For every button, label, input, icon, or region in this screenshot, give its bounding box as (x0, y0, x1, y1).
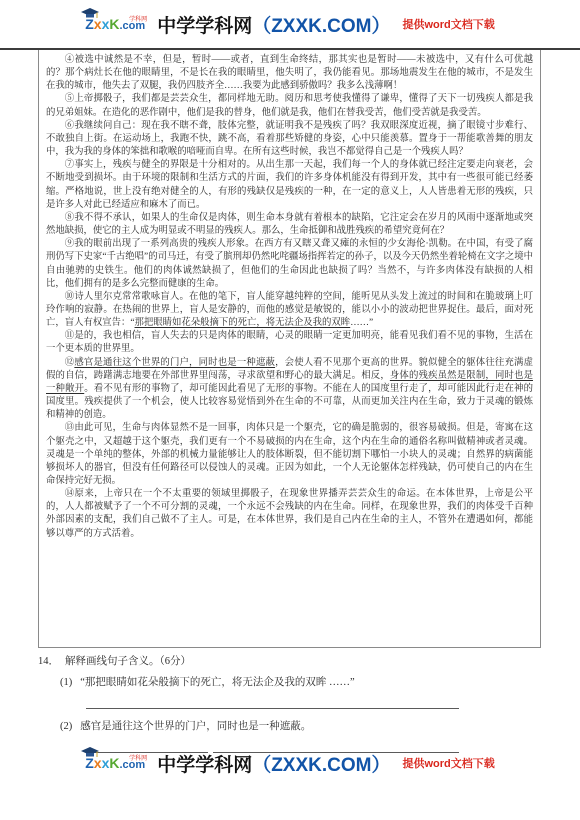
passage-text: ……” (350, 318, 373, 328)
site-name: 中学学科网 (157, 16, 252, 37)
passage-paragraph: ⑨我的眼前出现了一系列高贵的残疾人形象。在西方有又瞎又聋又瘫的永恒的少女海伦·凯… (46, 238, 533, 291)
site-title: 中学学科网（ZXXK.COM） (157, 11, 390, 38)
logo-badge: 学科网 (129, 14, 147, 23)
passage-text: ⑬由此可见，生命与肉体显然不是一回事，肉体只是一个躯壳，它的确是脆弱的，很容易破… (46, 423, 533, 486)
site-name: 中学学科网 (157, 755, 252, 776)
footer: ZxxK.com 学科网 中学学科网（ZXXK.COM） 提供word文档下载 (0, 738, 580, 788)
answer-line-1 (86, 708, 459, 709)
sub-question-label: (2) (60, 719, 72, 734)
passage-paragraph: ④被选中诚然是不幸，但是，暂时——或者，直到生命终结，那其实也是暂时——未被选中… (46, 54, 533, 93)
sub-question-text: “那把眼睛如花朵般摘下的死亡，将无法企及我的双眸 ……” (80, 675, 354, 690)
graduation-cap-icon (81, 746, 99, 764)
footer-slogan: 提供word文档下载 (402, 755, 494, 771)
question-sub-2: (2) 感官是通往这个世界的门户，同时也是一种遮蔽。 (60, 719, 541, 734)
passage-paragraph: ⑬由此可见，生命与肉体显然不是一回事，肉体只是一个躯壳，它的确是脆弱的，很容易破… (46, 422, 533, 488)
underlined-sentence: 那把眼睛如花朵般摘下的死亡，将无法企及我的双眸 (135, 318, 351, 328)
passage-paragraph: ⑫感官是通往这个世界的门户，同时也是一种遮蔽，会使人看不见那个更高的世界。貌似健… (46, 357, 533, 423)
site-title: 中学学科网（ZXXK.COM） (157, 750, 390, 777)
passage-paragraph: ⑭原来，上帝只在一个不太重要的领域里掷骰子，在现象世界播弄芸芸众生的命运。在本体… (46, 488, 533, 541)
header-slogan: 提供word文档下载 (402, 16, 494, 32)
passage-paragraph: ⑧我不得不承认，如果人的生命仅是肉体，则生命本身就有着根本的缺陷，它注定会在岁月… (46, 212, 533, 238)
site-domain: （ZXXK.COM） (252, 16, 390, 37)
passage-text: ⑤上帝掷骰子，我们都是芸芸众生，都同样地无助。阅历和思考使我懂得了谦卑，懂得了天… (46, 94, 533, 117)
passage-paragraph: ⑩诗人里尔克常常歌咏盲人。在他的笔下，盲人能穿越纯粹的空间，能听见从头发上流过的… (46, 291, 533, 330)
question-stem-text: 解释画线句子含义。（6分） (65, 654, 191, 669)
passage-text: ⑫ (65, 358, 75, 368)
passage-text: ⑦事实上，残疾与健全的界限是十分相对的。从出生那一天起，我们每一个人的身体就已经… (46, 160, 533, 209)
passage-text: ⑧我不得不承认，如果人的生命仅是肉体，则生命本身就有着根本的缺陷，它注定会在岁月… (46, 213, 533, 236)
logo-badge: 学科网 (129, 753, 147, 762)
passage-paragraph: ⑤上帝掷骰子，我们都是芸芸众生，都同样地无助。阅历和思考使我懂得了谦卑，懂得了天… (46, 93, 533, 119)
passage-paragraph: ⑪是的，我也相信，盲人失去的只是肉体的眼睛，心灵的眼睛一定更加明亮，能看见我们看… (46, 330, 533, 356)
sub-question-label: (1) (60, 675, 72, 690)
zxxk-logo: ZxxK.com 学科网 (85, 755, 145, 771)
graduation-cap-icon (81, 7, 99, 25)
underlined-sentence: 感官是通往这个世界的门户，同时也是一种遮蔽 (74, 358, 275, 368)
passage-text: ⑨我的眼前出现了一系列高贵的残疾人形象。在西方有又瞎又聋又瘫的永恒的少女海伦·凯… (46, 239, 533, 288)
passage-text: ⑭原来，上帝只在一个不太重要的领域里掷骰子，在现象世界播弄芸芸众生的命运。在本体… (46, 489, 533, 538)
passage-text: 。看不见有形的事物了，却可能因此看见了无形的事物。不能在人的国度里行走了，却可能… (46, 384, 533, 420)
sub-question-text: 感官是通往这个世界的门户，同时也是一种遮蔽。 (80, 719, 311, 734)
question-number: 14． (38, 654, 59, 669)
passage: ④被选中诚然是不幸，但是，暂时——或者，直到生命终结，那其实也是暂时——未被选中… (38, 50, 541, 648)
passage-text: ⑪是的，我也相信，盲人失去的只是肉体的眼睛，心灵的眼睛一定更加明亮，能看见我们看… (46, 331, 533, 354)
passage-text: ⑥我继续问自己：现在我不瞎不聋，肢体完整，就证明我不是残疾了吗？我双眼深度近视，… (46, 121, 533, 157)
header: ZxxK.com 学科网 中学学科网（ZXXK.COM） 提供word文档下载 (0, 0, 580, 50)
site-domain: （ZXXK.COM） (252, 755, 390, 776)
zxxk-logo: ZxxK.com 学科网 (85, 16, 145, 32)
passage-paragraph: ⑦事实上，残疾与健全的界限是十分相对的。从出生那一天起，我们每一个人的身体就已经… (46, 159, 533, 212)
passage-paragraph: ⑥我继续问自己：现在我不瞎不聋，肢体完整，就证明我不是残疾了吗？我双眼深度近视，… (46, 120, 533, 159)
passage-text: ④被选中诚然是不幸，但是，暂时——或者，直到生命终结，那其实也是暂时——未被选中… (46, 55, 533, 91)
question-stem: 14． 解释画线句子含义。（6分） (38, 654, 541, 669)
question-sub-1: (1) “那把眼睛如花朵般摘下的死亡，将无法企及我的双眸 ……” (60, 675, 541, 690)
